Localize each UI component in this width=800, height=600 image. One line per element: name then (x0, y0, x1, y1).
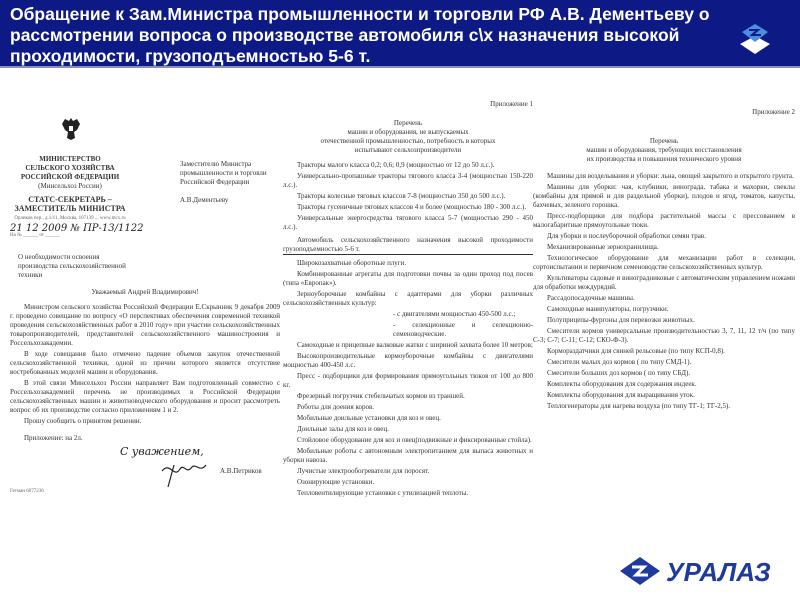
title-line: Перечень (533, 137, 795, 146)
appendix-item: Культиваторы садовые и виноградниковые с… (533, 274, 795, 292)
ministry-short: (Минсельхоз России) (10, 182, 130, 191)
letter-subject: О необходимости освоения производства се… (10, 253, 280, 280)
appendix-item: Комплекты оборудования для содержания ин… (533, 380, 795, 389)
position-line: СТАТС-СЕКРЕТАРЬ – (10, 195, 130, 204)
subject-line: производства сельскохозяйственной (18, 262, 280, 271)
subject-line: О необходимости освоения (18, 253, 280, 262)
appendix-item: Доильные залы для коз и овец. (283, 425, 533, 434)
slide-header: Обращение к Зам.Министра промышленности … (0, 0, 800, 68)
appendix-item: Универсально-пропашные тракторы тягового… (283, 172, 533, 190)
appendix-item: Комплекты оборудования для выращивания у… (533, 391, 795, 400)
ministry-line: МИНИСТЕРСТВО (10, 155, 130, 164)
appendix-item: Теплогенераторы для нагрева воздуха (по … (533, 402, 795, 411)
recipient-line: промышленности и торговли (180, 169, 300, 178)
uralaz-logo: УРАЛАЗ (618, 553, 788, 589)
appendix-item: Стойловое оборудование для коз и овец(по… (283, 436, 533, 445)
recipient-line: Российской Федерации (180, 178, 300, 187)
appendix-item: - селекционные и селекционно-семеноводче… (283, 321, 533, 339)
signature-icon (160, 459, 215, 489)
title-line: испытывают сельхозпроизводители (283, 146, 533, 155)
letter-paragraph: В ходе совещания было отмечено падение о… (10, 350, 280, 377)
subject-line: техники (18, 271, 280, 280)
letter-ref: На № ______ от ______ (10, 233, 280, 239)
appendix-item: Высокопроизводительные кормоуборочные ко… (283, 352, 533, 370)
appendix-item: Технологическое оборудование для механиз… (533, 254, 795, 272)
letter-date: 21 12 2009 № ПР-13/1122 (10, 224, 280, 233)
appendix-item: Смесители больших доз кормов ( по типу С… (533, 369, 795, 378)
appendix-2-title: Перечень машин и оборудования, требующих… (533, 137, 795, 164)
appendix-item: Универсальные энергосредства тягового кл… (283, 214, 533, 232)
appendix-item: Мобильные доильные установки для коз и о… (283, 414, 533, 423)
recipient-line: Заместителю Министра (180, 160, 300, 169)
ministry-line: РОССИЙСКОЙ ФЕДЕРАЦИИ (10, 173, 130, 182)
appendix-item: Тракторы малого класса 0,2; 0,6; 0,9 (мо… (283, 161, 533, 170)
ministry-line: СЕЛЬСКОГО ХОЗЯЙСТВА (10, 164, 130, 173)
appendix-item: Механизированные зернохранилища. (533, 243, 795, 252)
appendix-item: Для уборки и послеуборочной обработки се… (533, 232, 795, 241)
appendix-item: Самоходные манипуляторы, погрузчики. (533, 305, 795, 314)
letter-paragraph: В этой связи Минсельхоз России направляе… (10, 379, 280, 415)
ministry-name: МИНИСТЕРСТВО СЕЛЬСКОГО ХОЗЯЙСТВА РОССИЙС… (10, 155, 130, 222)
appendix-item: Широкозахватные оборотные плуги. (283, 259, 533, 268)
appendix-item: Рассадопосадочные машины. (533, 294, 795, 303)
signer-name: А.В.Петриков (220, 467, 262, 476)
letter-signature-block: С уважением, А.В.Петриков Гетман 6077236 (10, 445, 280, 495)
slide-title: Обращение к Зам.Министра промышленности … (10, 4, 710, 67)
position-line: ЗАМЕСТИТЕЛЬ МИНИСТРА (10, 204, 130, 213)
appendix-1-title: Перечень машин и оборудования, не выпуск… (283, 119, 533, 155)
uralaz-diamond-icon (620, 557, 660, 585)
uralaz-emblem-icon (738, 22, 772, 56)
title-line: машин и оборудования, требующих восстано… (533, 146, 795, 155)
appendix-2-list: Машины для возделывания и уборки: льна, … (533, 172, 795, 411)
letter-recipient: Заместителю Министра промышленности и то… (180, 160, 300, 205)
letter-salutation: Уважаемый Андрей Владимирович! (10, 288, 280, 297)
title-line: их производства и повышения технического… (533, 155, 795, 164)
letter-attachment: Приложение: на 2л. (10, 434, 280, 443)
appendix-item: Роботы для доения коров. (283, 403, 533, 412)
letter-page: МИНИСТЕРСТВО СЕЛЬСКОГО ХОЗЯЙСТВА РОССИЙС… (10, 100, 280, 495)
appendix-item: Тракторы колесные тяговых классов 7-8 (м… (283, 192, 533, 201)
appendix-2-page: Приложение 2 Перечень машин и оборудован… (533, 100, 795, 413)
handwritten-greeting: С уважением, (120, 447, 204, 456)
appendix-item: Машины для уборки: чая, клубники, виногр… (533, 183, 795, 210)
appendix-item: Смесители кормов универсальные производи… (533, 327, 795, 345)
appendix-item: Лучистые электрообогреватели для поросят… (283, 467, 533, 476)
appendix-item: Пресс-подборщики для подбора растительно… (533, 212, 795, 230)
appendix-item: - с двигателями мощностью 450-500 л.с.; (283, 310, 533, 319)
executor-note: Гетман 6077236 (10, 489, 44, 495)
appendix-item: Кормораздатчики для свиней рельсовые (по… (533, 347, 795, 356)
appendix-item: Самоходные и прицепные валковые жатки с … (283, 341, 533, 350)
title-line: отечественной промышленностью, потребнос… (283, 137, 533, 146)
coat-of-arms-icon (60, 116, 82, 142)
appendix-2-label: Приложение 2 (533, 108, 795, 117)
appendix-1-page: Приложение 1 Перечень машин и оборудован… (283, 100, 533, 500)
recipient-name: А.В.Дементьеву (180, 196, 300, 205)
logo-text: УРАЛАЗ (666, 557, 771, 587)
appendix-item: Тепловентилирующие установки с утилизаци… (283, 489, 533, 498)
appendix-item: Тракторы гусеничные тяговых классов 4 и … (283, 203, 533, 212)
appendix-item: Машины для возделывания и уборки: льна, … (533, 172, 795, 181)
appendix-item: Озонирующие установки. (283, 478, 533, 487)
appendix-1-list: Тракторы малого класса 0,2; 0,6; 0,9 (мо… (283, 161, 533, 498)
appendix-item: Пресс - подборщики для формирования прям… (283, 372, 533, 390)
appendix-item: Смесители малых доз кормов ( по типу СМД… (533, 358, 795, 367)
appendix-item: Автомобиль сельскохозяйственного назначе… (283, 236, 533, 255)
letter-paragraph: Прошу сообщить о принятом решении. (10, 417, 280, 426)
appendix-item: Полуприцепы-фургоны для перевозки животн… (533, 316, 795, 325)
appendix-item: Мобильные роботы с автономным электропит… (283, 447, 533, 465)
title-line: машин и оборудования, не выпускаемых (283, 128, 533, 137)
appendix-item: Фрезерный погрузчик стебельчатых кормов … (283, 392, 533, 401)
appendix-item: Зерноуборочные комбайны с адаптерами для… (283, 290, 533, 308)
letter-paragraph: Министром сельского хозяйства Российской… (10, 303, 280, 348)
title-line: Перечень (283, 119, 533, 128)
ministry-address: Орликов пер., д.1/11, Москва, 107139 ...… (10, 216, 130, 222)
appendix-item: Комбинированные агрегаты для подготовки … (283, 270, 533, 288)
appendix-1-label: Приложение 1 (283, 100, 533, 109)
